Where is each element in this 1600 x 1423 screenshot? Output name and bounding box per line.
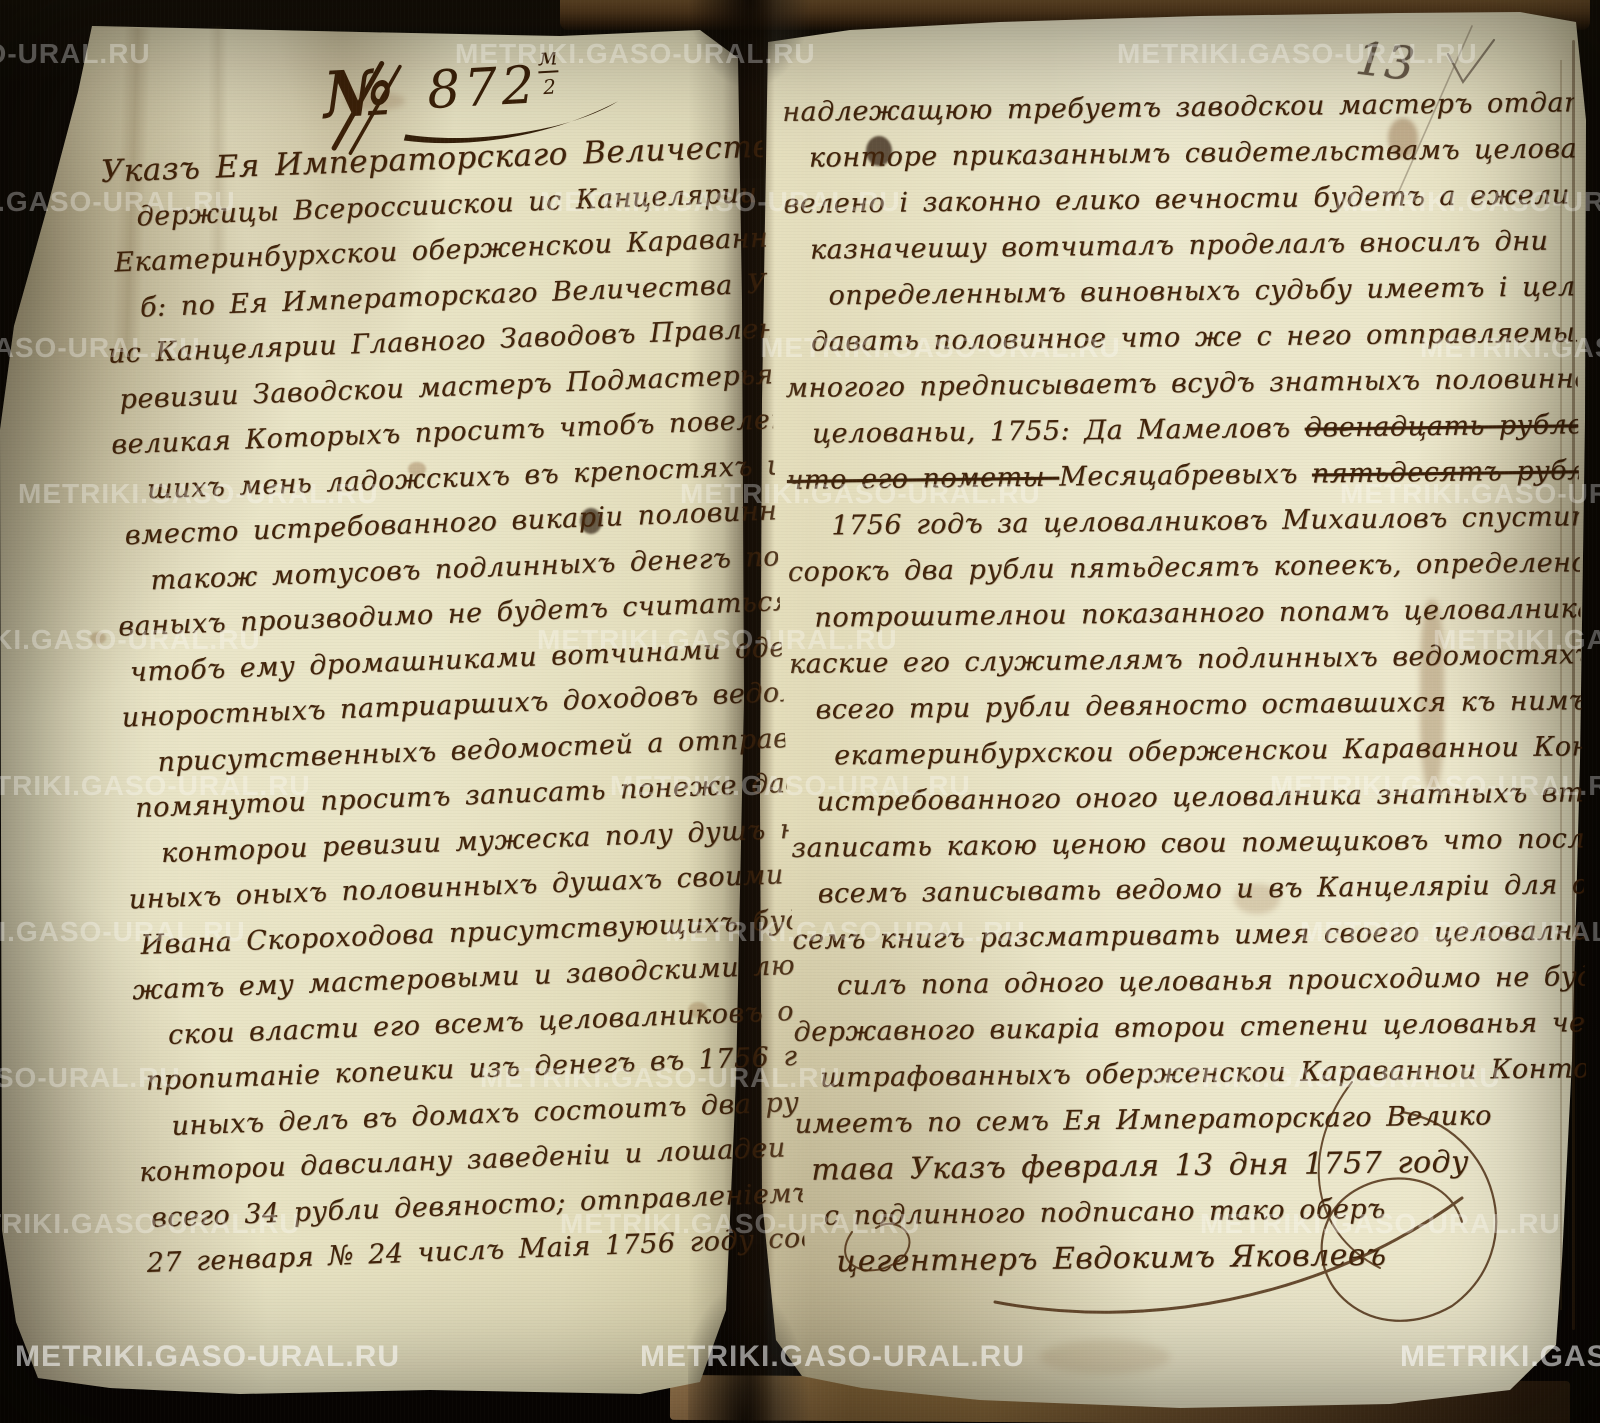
record-number-subscript: 2	[543, 74, 557, 99]
folio-number-pencil: 13	[1353, 31, 1418, 92]
struck-text: пятьдесятъ рубловъ	[1312, 455, 1589, 490]
manuscript-text: Месяцабревыхъ	[1059, 459, 1312, 493]
left-page-text: Указъ Ея Императорскаго Величества Самод…	[100, 125, 806, 1315]
right-page-text: надлежащюю требуетъ заводскои мастеръ от…	[782, 80, 1589, 1305]
struck-text: что его пометы	[787, 462, 1060, 496]
manuscript-text: целованьи, 1755: Да Мамеловъ	[812, 413, 1305, 450]
struck-text: двенадцать рублевъ	[1304, 409, 1588, 444]
numero-sign: №	[321, 55, 394, 134]
manuscript-line: цегентнеръ Евдокимъ Яковлевъ	[836, 1230, 1589, 1285]
manuscript-scan: № 872 м 2 Указъ Ея Императорскаго Величе…	[0, 0, 1600, 1423]
record-number-superscript: м	[537, 42, 558, 73]
record-number: 872	[426, 55, 540, 121]
